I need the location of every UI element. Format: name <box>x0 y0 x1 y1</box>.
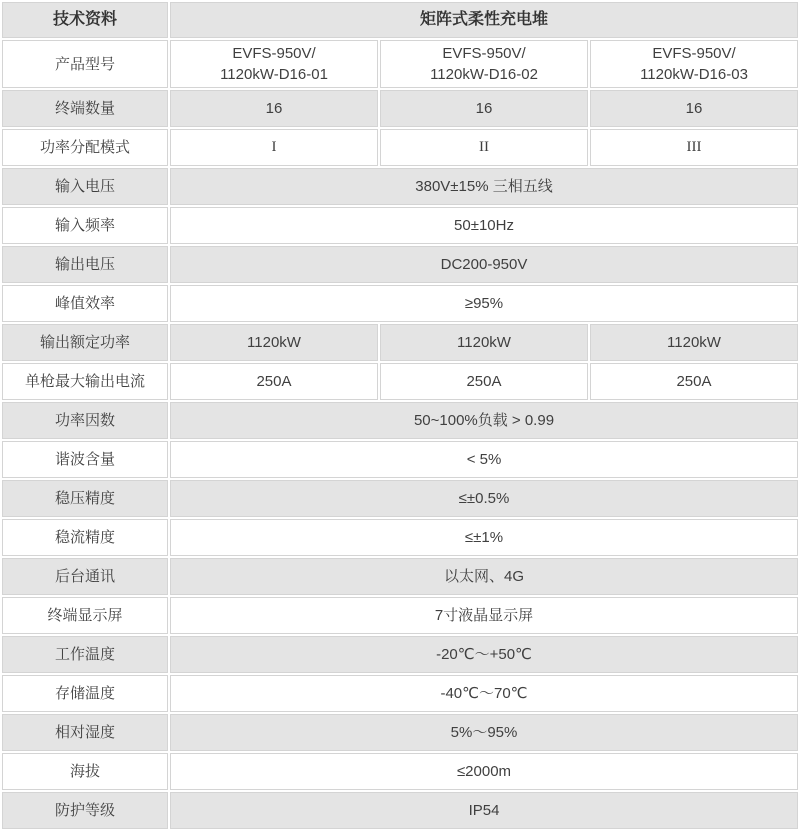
row-value: 380V±15% 三相五线 <box>170 168 798 205</box>
row-label: 防护等级 <box>2 792 168 829</box>
row-value: I <box>170 129 378 166</box>
row-label: 终端显示屏 <box>2 597 168 634</box>
row-value: 250A <box>380 363 588 400</box>
row-label: 稳流精度 <box>2 519 168 556</box>
spec-row-harmonic-content: 谐波含量 < 5% <box>2 441 798 478</box>
row-label: 输出额定功率 <box>2 324 168 361</box>
row-label: 存储温度 <box>2 675 168 712</box>
row-value: 5%～95% <box>170 714 798 751</box>
row-label: 功率分配模式 <box>2 129 168 166</box>
spec-row-terminal-count: 终端数量 16 16 16 <box>2 90 798 127</box>
row-value: 16 <box>170 90 378 127</box>
row-label: 输入频率 <box>2 207 168 244</box>
row-value: 以太网、4G <box>170 558 798 595</box>
spec-row-power-mode: 功率分配模式 I II III <box>2 129 798 166</box>
row-label: 相对湿度 <box>2 714 168 751</box>
row-value: 250A <box>590 363 798 400</box>
row-value: 1120kW <box>380 324 588 361</box>
spec-row-altitude: 海拔 ≤2000m <box>2 753 798 790</box>
row-value: III <box>590 129 798 166</box>
spec-row-backend-communication: 后台通讯 以太网、4G <box>2 558 798 595</box>
spec-table: 技术资料 矩阵式柔性充电堆 产品型号 EVFS-950V/ 1120kW-D16… <box>0 0 800 830</box>
row-value: EVFS-950V/ 1120kW-D16-03 <box>590 40 798 88</box>
table-title: 矩阵式柔性充电堆 <box>170 2 798 38</box>
row-value: -20℃～+50℃ <box>170 636 798 673</box>
row-value: 1120kW <box>590 324 798 361</box>
row-value: II <box>380 129 588 166</box>
spec-row-input-voltage: 输入电压 380V±15% 三相五线 <box>2 168 798 205</box>
header-row: 技术资料 矩阵式柔性充电堆 <box>2 2 798 38</box>
row-value: 50±10Hz <box>170 207 798 244</box>
spec-row-product-model: 产品型号 EVFS-950V/ 1120kW-D16-01 EVFS-950V/… <box>2 40 798 88</box>
spec-row-max-output-current: 单枪最大输出电流 250A 250A 250A <box>2 363 798 400</box>
row-label: 峰值效率 <box>2 285 168 322</box>
spec-row-rated-output-power: 输出额定功率 1120kW 1120kW 1120kW <box>2 324 798 361</box>
row-value: EVFS-950V/ 1120kW-D16-02 <box>380 40 588 88</box>
row-value: IP54 <box>170 792 798 829</box>
row-label: 谐波含量 <box>2 441 168 478</box>
spec-row-operating-temperature: 工作温度 -20℃～+50℃ <box>2 636 798 673</box>
row-label: 稳压精度 <box>2 480 168 517</box>
row-value: 7寸液晶显示屏 <box>170 597 798 634</box>
row-label: 输入电压 <box>2 168 168 205</box>
spec-row-terminal-display: 终端显示屏 7寸液晶显示屏 <box>2 597 798 634</box>
spec-row-peak-efficiency: 峰值效率 ≥95% <box>2 285 798 322</box>
spec-row-power-factor: 功率因数 50~100%负载 > 0.99 <box>2 402 798 439</box>
row-value: DC200-950V <box>170 246 798 283</box>
row-label: 后台通讯 <box>2 558 168 595</box>
row-label: 功率因数 <box>2 402 168 439</box>
spec-row-protection-rating: 防护等级 IP54 <box>2 792 798 829</box>
row-value: ≤±0.5% <box>170 480 798 517</box>
row-value: EVFS-950V/ 1120kW-D16-01 <box>170 40 378 88</box>
spec-row-input-frequency: 输入频率 50±10Hz <box>2 207 798 244</box>
row-label: 输出电压 <box>2 246 168 283</box>
row-value: -40℃～70℃ <box>170 675 798 712</box>
row-value: ≤2000m <box>170 753 798 790</box>
row-value: < 5% <box>170 441 798 478</box>
spec-sheet: 技术资料 矩阵式柔性充电堆 产品型号 EVFS-950V/ 1120kW-D16… <box>0 0 800 830</box>
row-label: 产品型号 <box>2 40 168 88</box>
row-value: 16 <box>380 90 588 127</box>
row-label: 终端数量 <box>2 90 168 127</box>
row-label: 工作温度 <box>2 636 168 673</box>
row-label: 单枪最大输出电流 <box>2 363 168 400</box>
spec-row-relative-humidity: 相对湿度 5%～95% <box>2 714 798 751</box>
row-value: ≤±1% <box>170 519 798 556</box>
row-value: 250A <box>170 363 378 400</box>
table-corner-title: 技术资料 <box>2 2 168 38</box>
row-label: 海拔 <box>2 753 168 790</box>
row-value: ≥95% <box>170 285 798 322</box>
row-value: 16 <box>590 90 798 127</box>
spec-row-output-voltage: 输出电压 DC200-950V <box>2 246 798 283</box>
spec-row-voltage-regulation: 稳压精度 ≤±0.5% <box>2 480 798 517</box>
row-value: 1120kW <box>170 324 378 361</box>
row-value: 50~100%负载 > 0.99 <box>170 402 798 439</box>
spec-row-current-regulation: 稳流精度 ≤±1% <box>2 519 798 556</box>
spec-row-storage-temperature: 存储温度 -40℃～70℃ <box>2 675 798 712</box>
